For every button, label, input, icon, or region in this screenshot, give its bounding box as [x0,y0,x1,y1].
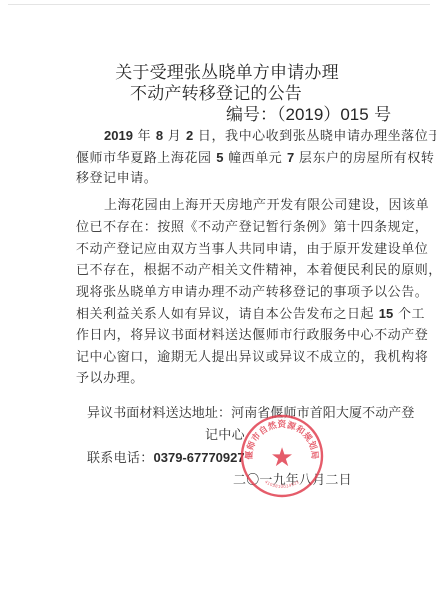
paragraph-2-line-3: 不动产登记应由双方当事人共同申请，由于原开发建设单位 [76,242,428,258]
phone-number: 0379-67770927 [154,450,245,465]
contact-phone: 联系电话：0379-67770927 [87,450,245,467]
scan-top-edge [8,4,430,5]
year-number: 2019 [104,128,133,143]
text-segment: 幢西单元 [223,151,287,166]
seal-text: 偃师市自然资源和规划局 [243,418,320,460]
working-days-number: 15 [379,306,393,321]
phone-label: 联系电话： [87,451,154,466]
text-segment: 月 [163,129,186,144]
address-label: 异议书面材料送达地址： [87,406,231,421]
seal-star-icon: ★ [270,443,293,473]
paragraph-2-line-6: 相关利益关系人如有异议，请自本公告发布之日起 15 个工 [76,306,425,323]
paragraph-2-line-2: 位已不存在：按照《不动产登记暂行条例》第十四条规定， [76,220,428,236]
document-number-label: 编号： [226,105,277,125]
issue-date: 二〇一九年八月二日 [233,473,352,489]
document-number-suffix: 号 [369,105,391,125]
svg-text:偃师市自然资源和规划局: 偃师市自然资源和规划局 [243,418,320,460]
objection-address: 异议书面材料送达地址：河南省偃师市首阳大厦不动产登 [87,406,415,422]
document-number-value: （2019）015 [277,105,369,124]
document-number: 编号：（2019）015 号 [226,100,391,125]
paragraph-2-line-9: 予以办理。 [76,371,144,387]
paragraph-2-line-7: 作日内，将异议书面材料送达偃师市行政服务中心不动产登 [76,328,428,344]
paragraph-1-line-3: 移登记申请。 [76,171,157,187]
address-value: 河南省偃师市首阳大厦不动产登 [231,406,414,421]
text-segment: 日，我中心收到张丛晓申请办理坐落位于 [193,129,436,144]
paragraph-2-line-1: 上海花园由上海开天房地产开发有限公司建设，因该单 [104,198,429,214]
paragraph-2-line-4: 已不存在，根据不动产相关文件精神，本着便民利民的原则， [76,263,436,279]
paragraph-2-line-5: 现将张丛晓单方申请办理不动产转移登记的事项予以公告。 [76,285,428,301]
paragraph-1-line-1: 2019 年 8 月 2 日，我中心收到张丛晓申请办理坐落位于 [104,128,436,145]
paragraph-1-line-2: 偃师市华夏路上海花园 5 幢西单元 7 层东户的房屋所有权转 [76,150,434,167]
month-number: 8 [156,128,163,143]
text-segment: 相关利益关系人如有异议，请自本公告发布之日起 [76,307,379,322]
text-segment: 年 [133,129,156,144]
paragraph-2-line-8: 记中心窗口，逾期无人提出异议或异议不成立的，我机构将 [76,350,428,366]
objection-address-continued: 记中心 [205,428,245,444]
text-segment: 偃师市华夏路上海花园 [76,151,216,166]
text-segment: 个工 [393,307,425,322]
text-segment: 层东户的房屋所有权转 [294,151,434,166]
